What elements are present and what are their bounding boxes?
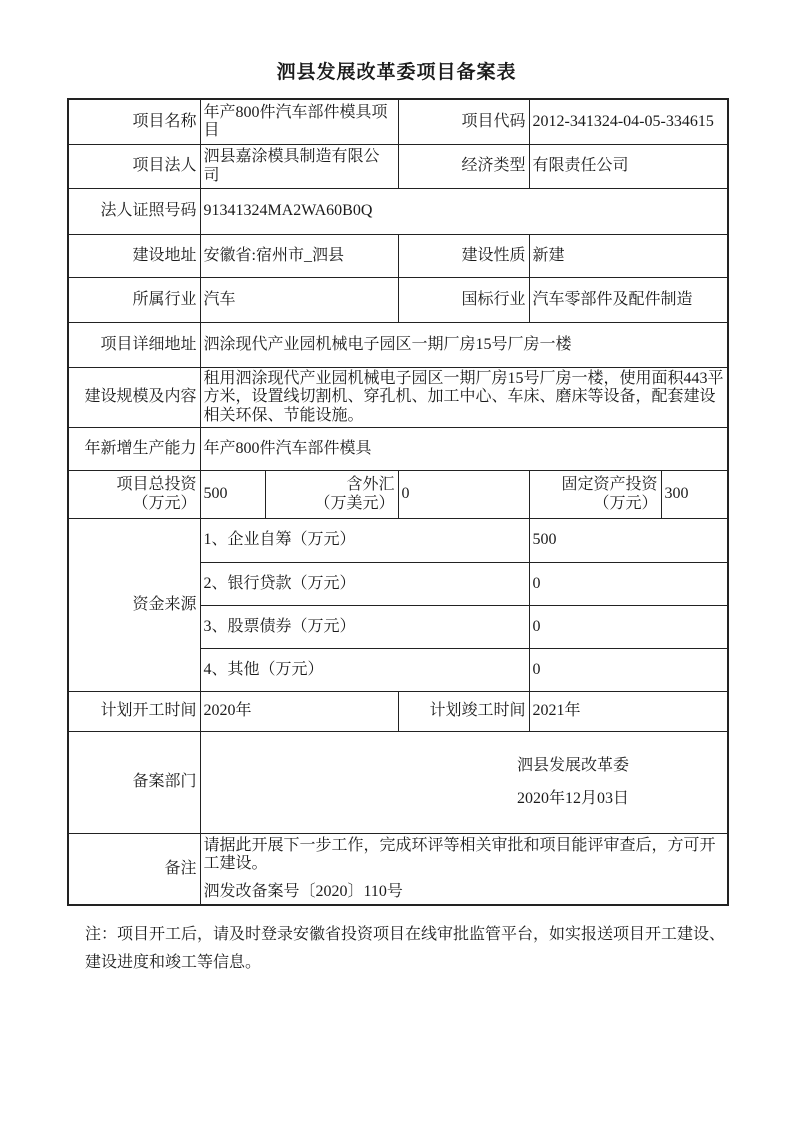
table-row: 项目名称 年产800件汽车部件模具项目 项目代码 2012-341324-04-…: [68, 99, 728, 145]
build-address-value: 安徽省:宿州市_泗县: [200, 235, 398, 278]
total-investment-label-line1: 项目总投资: [72, 476, 197, 494]
forex-label-line2: （万美元）: [269, 495, 395, 513]
fixed-assets-label-line2: （万元）: [533, 495, 658, 513]
table-row: 项目总投资 （万元） 500 含外汇 （万美元） 0 固定资产投资 （万元） 3…: [68, 471, 728, 519]
filing-dept-label: 备案部门: [68, 732, 200, 834]
finish-time-value: 2021年: [529, 692, 728, 732]
license-no-value: 91341324MA2WA60B0Q: [200, 189, 728, 235]
funding-item-name: 1、企业自筹（万元）: [200, 519, 529, 563]
funding-item-value: 500: [529, 519, 728, 563]
funding-item-value: 0: [529, 649, 728, 692]
fixed-assets-label-line1: 固定资产投资: [533, 476, 658, 494]
license-no-label: 法人证照号码: [68, 189, 200, 235]
forex-label-line1: 含外汇: [269, 476, 395, 494]
industry-value: 汽车: [200, 278, 398, 323]
table-row: 法人证照号码 91341324MA2WA60B0Q: [68, 189, 728, 235]
total-investment-label: 项目总投资 （万元）: [68, 471, 200, 519]
capacity-value: 年产800件汽车部件模具: [200, 428, 728, 471]
funding-item-value: 0: [529, 563, 728, 606]
start-time-value: 2020年: [200, 692, 398, 732]
table-row: 计划开工时间 2020年 计划竣工时间 2021年: [68, 692, 728, 732]
national-industry-value: 汽车零部件及配件制造: [529, 278, 728, 323]
funding-item-name: 2、银行贷款（万元）: [200, 563, 529, 606]
fixed-assets-value: 300: [661, 471, 728, 519]
table-row: 所属行业 汽车 国标行业 汽车零部件及配件制造: [68, 278, 728, 323]
filing-date: 2020年12月03日: [422, 790, 724, 808]
build-nature-value: 新建: [529, 235, 728, 278]
capacity-label: 年新增生产能力: [68, 428, 200, 471]
legal-person-value: 泗县嘉涂模具制造有限公司: [200, 145, 398, 189]
build-nature-label: 建设性质: [398, 235, 529, 278]
detail-address-value: 泗涂现代产业园机械电子园区一期厂房15号厂房一楼: [200, 323, 728, 368]
forex-label: 含外汇 （万美元）: [265, 471, 398, 519]
forex-value: 0: [398, 471, 529, 519]
remark-cell: 请据此开展下一步工作，完成环评等相关审批和项目能评审查后，方可开工建设。 泗发改…: [200, 834, 728, 906]
table-row: 建设规模及内容 租用泗涂现代产业园机械电子园区一期厂房15号厂房一楼，使用面积4…: [68, 368, 728, 428]
remark-text-2: 泗发改备案号〔2020〕110号: [204, 883, 725, 901]
funding-item-name: 4、其他（万元）: [200, 649, 529, 692]
start-time-label: 计划开工时间: [68, 692, 200, 732]
filing-authority: 泗县发展改革委: [422, 757, 724, 775]
industry-label: 所属行业: [68, 278, 200, 323]
project-name-value: 年产800件汽车部件模具项目: [200, 99, 398, 145]
national-industry-label: 国标行业: [398, 278, 529, 323]
funding-item-name: 3、股票债券（万元）: [200, 606, 529, 649]
total-investment-value: 500: [200, 471, 265, 519]
funding-source-label: 资金来源: [68, 519, 200, 692]
table-row: 项目详细地址 泗涂现代产业园机械电子园区一期厂房15号厂房一楼: [68, 323, 728, 368]
scale-value: 租用泗涂现代产业园机械电子园区一期厂房15号厂房一楼，使用面积443平方米，设置…: [200, 368, 728, 428]
filing-dept-block: 泗县发展改革委 2020年12月03日: [204, 757, 725, 809]
filing-dept-cell: 泗县发展改革委 2020年12月03日: [200, 732, 728, 834]
table-row: 资金来源 1、企业自筹（万元） 500: [68, 519, 728, 563]
page-title: 泗县发展改革委项目备案表: [0, 0, 793, 84]
project-name-label: 项目名称: [68, 99, 200, 145]
detail-address-label: 项目详细地址: [68, 323, 200, 368]
table-row: 备注 请据此开展下一步工作，完成环评等相关审批和项目能评审查后，方可开工建设。 …: [68, 834, 728, 906]
funding-item-value: 0: [529, 606, 728, 649]
project-code-value: 2012-341324-04-05-334615: [529, 99, 728, 145]
footer-note: 注：项目开工后，请及时登录安徽省投资项目在线审批监管平台，如实报送项目开工建设、…: [85, 921, 735, 977]
table-row: 年新增生产能力 年产800件汽车部件模具: [68, 428, 728, 471]
build-address-label: 建设地址: [68, 235, 200, 278]
table-row: 备案部门 泗县发展改革委 2020年12月03日: [68, 732, 728, 834]
table-row: 建设地址 安徽省:宿州市_泗县 建设性质 新建: [68, 235, 728, 278]
economic-type-value: 有限责任公司: [529, 145, 728, 189]
fixed-assets-label: 固定资产投资 （万元）: [529, 471, 661, 519]
project-code-label: 项目代码: [398, 99, 529, 145]
finish-time-label: 计划竣工时间: [398, 692, 529, 732]
economic-type-label: 经济类型: [398, 145, 529, 189]
filing-form-table: 项目名称 年产800件汽车部件模具项目 项目代码 2012-341324-04-…: [67, 98, 729, 906]
remark-label: 备注: [68, 834, 200, 906]
total-investment-label-line2: （万元）: [72, 495, 197, 513]
scale-label: 建设规模及内容: [68, 368, 200, 428]
legal-person-label: 项目法人: [68, 145, 200, 189]
document-page: 泗县发展改革委项目备案表 项目名称 年产800件汽车部件模具项目 项目代码 20…: [0, 0, 793, 1122]
table-row: 项目法人 泗县嘉涂模具制造有限公司 经济类型 有限责任公司: [68, 145, 728, 189]
remark-text-1: 请据此开展下一步工作，完成环评等相关审批和项目能评审查后，方可开工建设。: [204, 837, 725, 874]
